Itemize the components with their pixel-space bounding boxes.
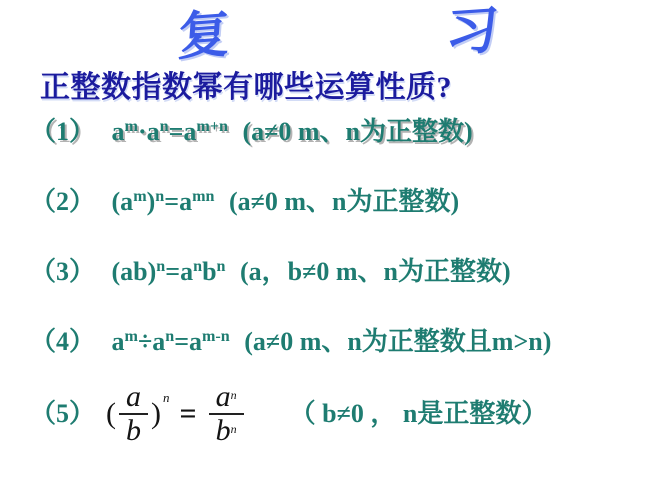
fraction-a-over-b: a b bbox=[119, 381, 148, 448]
fraction-denominator-bn: bn bbox=[209, 413, 244, 447]
item-number-5: （5） bbox=[30, 398, 95, 429]
condition-2: (a≠0 m、n为正整数) bbox=[229, 187, 459, 216]
equals-sign: = bbox=[180, 396, 197, 432]
property-row-3: （3） (ab)n=anbn (a，b≠0 m、n为正整数) bbox=[30, 256, 511, 287]
condition-3: (a，b≠0 m、n为正整数) bbox=[240, 257, 511, 286]
open-paren: ( bbox=[105, 396, 117, 432]
slide-heading-question: 正整数指数幂有哪些运算性质? bbox=[40, 62, 452, 106]
exponent-n: n bbox=[163, 390, 170, 406]
condition-5: （ b≠0 ， n是正整数） bbox=[290, 398, 548, 429]
item-number-2: （2） bbox=[30, 187, 95, 216]
fraction-numerator: a bbox=[119, 381, 148, 413]
fraction-denominator: b bbox=[119, 413, 148, 447]
item-number-1: （1） bbox=[30, 117, 95, 146]
condition-4: (a≠0 m、n为正整数且m>n) bbox=[244, 327, 551, 356]
fraction-an-over-bn: an bn bbox=[209, 381, 244, 448]
close-paren: ) bbox=[150, 396, 162, 432]
slide-title-char-fu: 复 bbox=[176, 8, 232, 64]
item-number-4: （4） bbox=[30, 327, 95, 356]
property-row-2: （2） (am)n=amn (a≠0 m、n为正整数) bbox=[30, 186, 459, 217]
property-row-5: （5） ( a b ) n = an bn （ b≠0 ， n是正整数） bbox=[30, 368, 547, 460]
property-row-4: （4） am÷an=am-n (a≠0 m、n为正整数且m>n) bbox=[30, 326, 551, 357]
slide-title-char-xi: 习 bbox=[444, 4, 500, 60]
denominator-exponent: n bbox=[231, 422, 237, 436]
item-number-3: （3） bbox=[30, 257, 95, 286]
numerator-exponent: n bbox=[231, 388, 237, 402]
formula-product-rule: am·an=am+n bbox=[112, 117, 228, 146]
fraction-numerator-an: an bbox=[209, 381, 244, 413]
property-row-1: （1） am·an=am+n (a≠0 m、n为正整数) bbox=[30, 116, 473, 147]
formula-power-of-product-rule: (ab)n=anbn bbox=[112, 257, 226, 286]
formula-power-of-power-rule: (am)n=amn bbox=[112, 187, 215, 216]
formula-quotient-rule: am÷an=am-n bbox=[112, 327, 230, 356]
formula-power-of-quotient-rule: ( a b ) n = an bn bbox=[105, 381, 246, 448]
condition-1: (a≠0 m、n为正整数) bbox=[242, 117, 472, 146]
